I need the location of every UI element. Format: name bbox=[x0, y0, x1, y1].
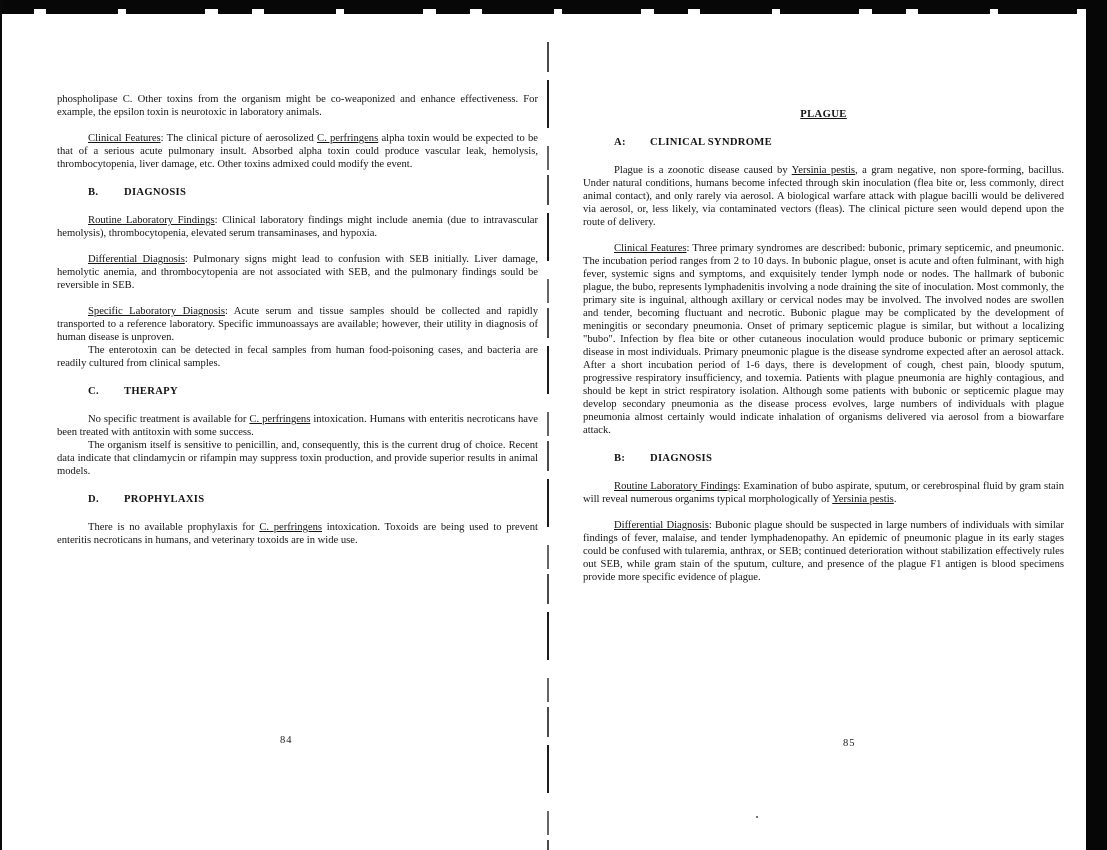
text-run: The enterotoxin can be detected in fecal… bbox=[57, 345, 538, 369]
scan-edge-left bbox=[0, 0, 2, 850]
page-85: PLAGUEA:CLINICAL SYNDROMEPlague is a zoo… bbox=[583, 108, 1064, 584]
paragraph: Specific Laboratory Diagnosis: Acute ser… bbox=[57, 305, 538, 344]
scanned-document-spread: phospholipase C. Other toxins from the o… bbox=[0, 0, 1107, 850]
page-title-text: PLAGUE bbox=[800, 109, 847, 120]
section-heading: C.THERAPY bbox=[57, 385, 538, 398]
paragraph: The organism itself is sensitive to peni… bbox=[57, 439, 538, 478]
underlined-term: Yersinia pestis bbox=[832, 494, 894, 505]
underlined-term: C. perfringens bbox=[249, 414, 310, 425]
underlined-term: Clinical Features bbox=[88, 133, 161, 144]
section-heading-text: DIAGNOSIS bbox=[124, 187, 186, 198]
section-letter: C. bbox=[88, 385, 124, 398]
page-gutter-line bbox=[547, 42, 549, 850]
scan-speck bbox=[756, 816, 758, 818]
page-84: phospholipase C. Other toxins from the o… bbox=[57, 93, 538, 547]
paragraph: Clinical Features: The clinical picture … bbox=[57, 132, 538, 171]
paragraph: Plague is a zoonotic disease caused by Y… bbox=[583, 164, 1064, 229]
paragraph: Differential Diagnosis: Bubonic plague s… bbox=[583, 519, 1064, 584]
paragraph: There is no available prophylaxis for C.… bbox=[57, 521, 538, 547]
section-letter: B: bbox=[614, 452, 650, 465]
underlined-term: Specific Laboratory Diagnosis bbox=[88, 306, 225, 317]
text-run: : Three primary syndromes are described:… bbox=[583, 243, 1064, 436]
paragraph: Routine Laboratory Findings: Examination… bbox=[583, 480, 1064, 506]
text-run: Plague is a zoonotic disease caused by bbox=[614, 165, 792, 176]
section-heading: D.PROPHYLAXIS bbox=[57, 493, 538, 506]
underlined-term: Yersinia pestis bbox=[792, 165, 855, 176]
page-number-85: 85 bbox=[843, 738, 856, 749]
underlined-term: Routine Laboratory Findings bbox=[614, 481, 737, 492]
section-heading-text: THERAPY bbox=[124, 386, 178, 397]
text-run: phospholipase C. Other toxins from the o… bbox=[57, 94, 538, 118]
underlined-term: C. perfringens bbox=[317, 133, 378, 144]
section-heading-text: PROPHYLAXIS bbox=[124, 494, 204, 505]
underlined-term: Differential Diagnosis bbox=[88, 254, 185, 265]
underlined-term: C. perfringens bbox=[259, 522, 322, 533]
text-run: . bbox=[894, 494, 897, 505]
scan-edge-top bbox=[0, 0, 1107, 9]
text-run: There is no available prophylaxis for bbox=[88, 522, 259, 533]
page-left-content: phospholipase C. Other toxins from the o… bbox=[57, 93, 538, 547]
paragraph: The enterotoxin can be detected in fecal… bbox=[57, 344, 538, 370]
text-run: : The clinical picture of aerosolized bbox=[161, 133, 317, 144]
section-heading: A:CLINICAL SYNDROME bbox=[583, 136, 1064, 149]
paragraph: No specific treatment is available for C… bbox=[57, 413, 538, 439]
underlined-term: Clinical Features bbox=[614, 243, 687, 254]
underlined-term: Differential Diagnosis bbox=[614, 520, 709, 531]
text-run: The organism itself is sensitive to peni… bbox=[57, 440, 538, 477]
paragraph: Clinical Features: Three primary syndrom… bbox=[583, 242, 1064, 437]
section-heading: B:DIAGNOSIS bbox=[583, 452, 1064, 465]
page-right-content: PLAGUEA:CLINICAL SYNDROMEPlague is a zoo… bbox=[583, 108, 1064, 584]
page-number-84: 84 bbox=[280, 735, 293, 746]
section-letter: B. bbox=[88, 186, 124, 199]
paragraph: Differential Diagnosis: Pulmonary signs … bbox=[57, 253, 538, 292]
paragraph: Routine Laboratory Findings: Clinical la… bbox=[57, 214, 538, 240]
section-letter: A: bbox=[614, 136, 650, 149]
section-letter: D. bbox=[88, 493, 124, 506]
text-run: No specific treatment is available for bbox=[88, 414, 249, 425]
section-heading-text: DIAGNOSIS bbox=[650, 453, 712, 464]
page-title: PLAGUE bbox=[583, 108, 1064, 121]
scan-edge-right bbox=[1086, 0, 1107, 850]
underlined-term: Routine Laboratory Findings bbox=[88, 215, 215, 226]
section-heading-text: CLINICAL SYNDROME bbox=[650, 137, 772, 148]
paragraph: phospholipase C. Other toxins from the o… bbox=[57, 93, 538, 119]
section-heading: B.DIAGNOSIS bbox=[57, 186, 538, 199]
